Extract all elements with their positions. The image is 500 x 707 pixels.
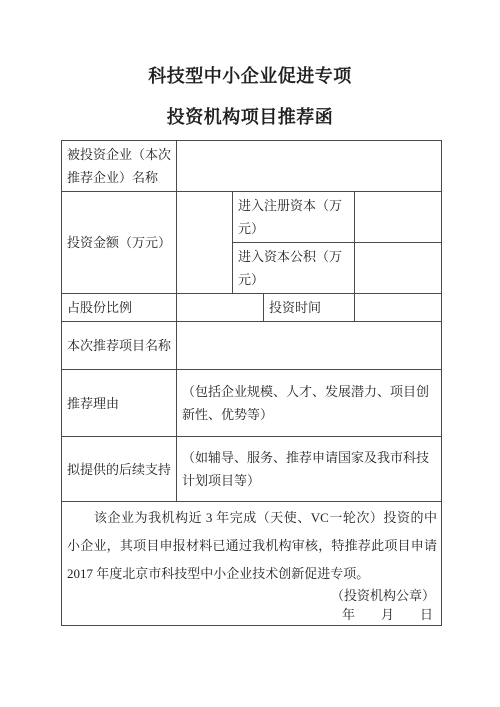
registered-capital-label: 进入注册资本（万元） (233, 192, 355, 243)
seal-line: （投资机构公章） (67, 588, 437, 604)
project-name-label: 本次推荐项目名称 (62, 322, 177, 370)
investment-amount-input-cell[interactable] (177, 192, 233, 294)
reason-label: 推荐理由 (62, 370, 177, 437)
capital-reserve-input-cell[interactable] (355, 243, 442, 294)
row-project-name: 本次推荐项目名称 (62, 322, 442, 370)
reason-input-cell[interactable]: （包括企业规模、人才、发展潜力、项目创新性、优势等） (177, 370, 442, 437)
row-share-ratio: 占股份比例 投资时间 (62, 294, 442, 322)
support-input-cell[interactable]: （如辅导、服务、推荐申请国家及我市科技计划项目等） (177, 437, 442, 502)
document-subtitle: 投资机构项目推荐函 (0, 107, 500, 128)
document-page: 科技型中小企业促进专项 投资机构项目推荐函 被投资企业（本次推荐企业）名称 投资… (0, 0, 500, 707)
row-support: 拟提供的后续支持 （如辅导、服务、推荐申请国家及我市科技计划项目等） (62, 437, 442, 502)
invested-company-label: 被投资企业（本次推荐企业）名称 (62, 141, 177, 192)
row-registered-capital: 投资金额（万元） 进入注册资本（万元） (62, 192, 442, 243)
document-title: 科技型中小企业促进专项 (0, 66, 500, 87)
registered-capital-input-cell[interactable] (355, 192, 442, 243)
statement-paragraph: 该企业为我机构近 3 年完成（天使、VC一轮次）投资的中小企业，其项目申报材料已… (67, 504, 437, 588)
capital-reserve-label: 进入资本公积（万元） (233, 243, 355, 294)
support-label: 拟提供的后续支持 (62, 437, 177, 502)
row-reason: 推荐理由 （包括企业规模、人才、发展潜力、项目创新性、优势等） (62, 370, 442, 437)
investment-time-label: 投资时间 (264, 294, 355, 322)
date-line[interactable]: 年 月 日 (67, 607, 437, 623)
investment-amount-label: 投资金额（万元） (62, 192, 177, 294)
row-invested-company: 被投资企业（本次推荐企业）名称 (62, 141, 442, 192)
project-name-input-cell[interactable] (177, 322, 442, 370)
row-statement: 该企业为我机构近 3 年完成（天使、VC一轮次）投资的中小企业，其项目申报材料已… (62, 502, 442, 626)
invested-company-input-cell[interactable] (177, 141, 442, 192)
investment-time-input-cell[interactable] (355, 294, 442, 322)
recommendation-form-table: 被投资企业（本次推荐企业）名称 投资金额（万元） 进入注册资本（万元） 进入资本… (61, 140, 442, 626)
share-ratio-label: 占股份比例 (62, 294, 177, 322)
statement-cell: 该企业为我机构近 3 年完成（天使、VC一轮次）投资的中小企业，其项目申报材料已… (62, 502, 442, 626)
share-ratio-input-cell[interactable] (177, 294, 264, 322)
